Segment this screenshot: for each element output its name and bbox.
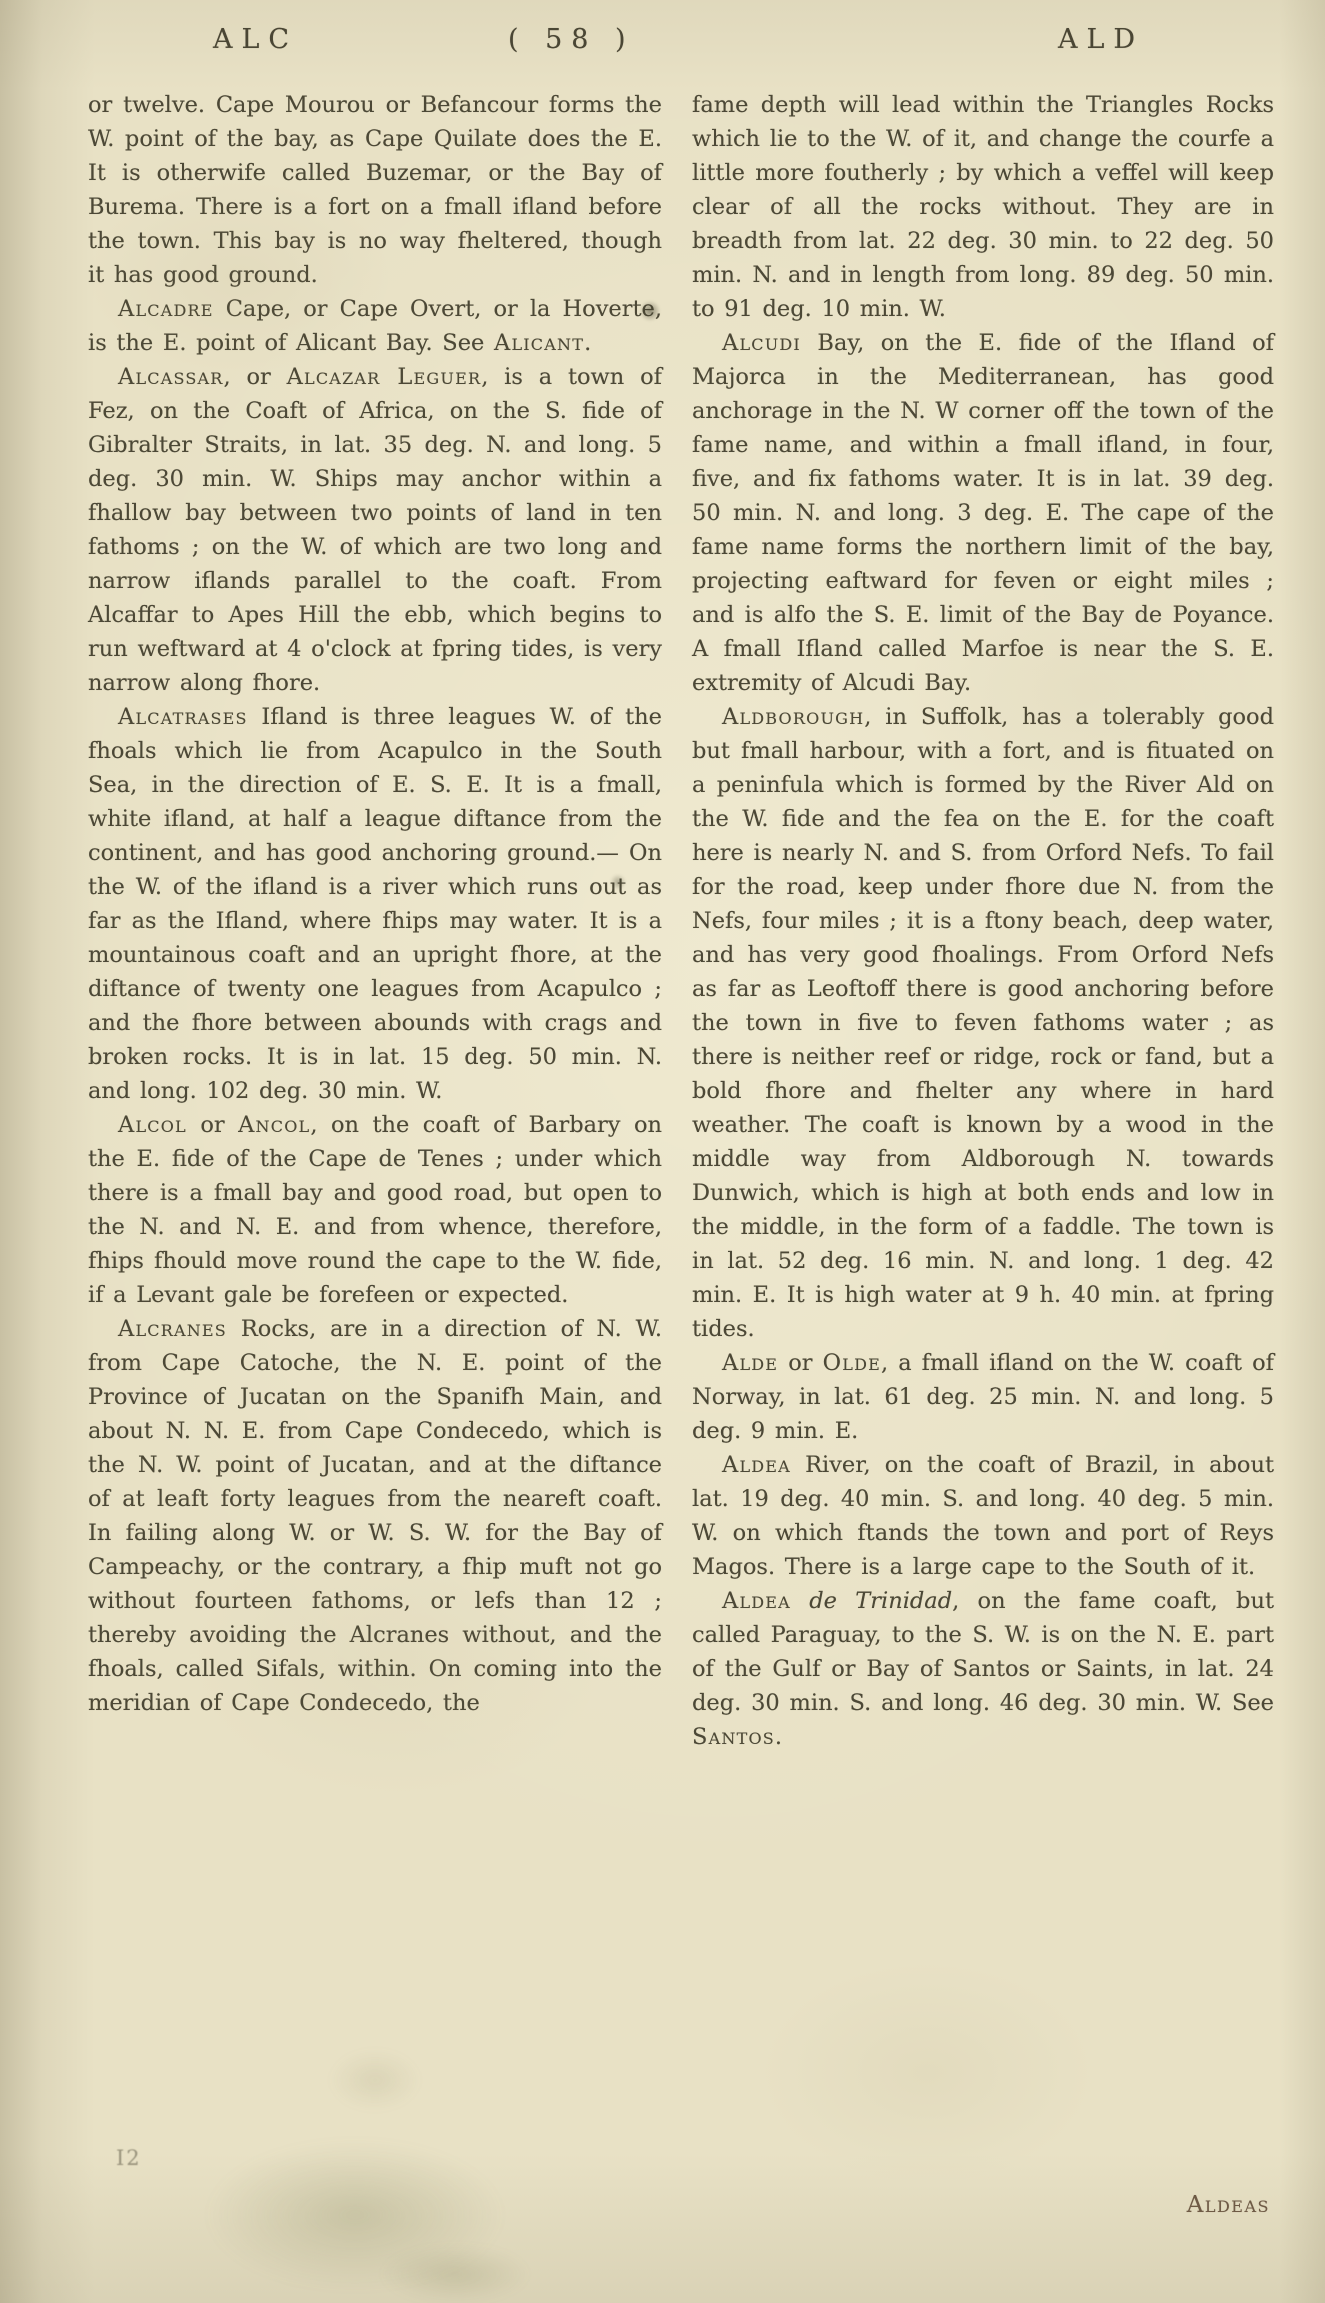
entry-headword: Alicant — [494, 330, 584, 356]
entry-text: fame depth will lead within the Triangle… — [692, 92, 1274, 322]
entry-headword: Alde — [722, 1350, 778, 1376]
entry-text — [791, 1588, 809, 1614]
entry-text: , on the coaft of Barbary on the E. fide… — [88, 1112, 662, 1308]
entry-paragraph: Alcol or Ancol, on the coaft of Barbary … — [88, 1108, 662, 1312]
entry-text: Ifland is three leagues W. of the fhoals… — [88, 704, 662, 1104]
entry-headword: Olde — [823, 1350, 881, 1376]
stain-smudge — [205, 2140, 505, 2290]
entry-headword: Alcatrases — [118, 704, 248, 730]
entry-text: , in Suffolk, has a tolerably good but f… — [692, 704, 1274, 1342]
stain-smudge — [330, 2050, 420, 2110]
text-column-left: or twelve. Cape Mourou or Befancour form… — [88, 88, 662, 1720]
text-column-right: fame depth will lead within the Triangle… — [692, 88, 1274, 1754]
entry-paragraph: or twelve. Cape Mourou or Befancour form… — [88, 88, 662, 292]
entry-headword: Aldborough — [722, 704, 864, 730]
stain-smudge — [380, 2245, 530, 2303]
entry-text: or — [778, 1350, 822, 1376]
page-number: ( 58 ) — [508, 24, 635, 55]
entry-paragraph: Alcassar, or Alcazar Leguer, is a town o… — [88, 360, 662, 700]
entry-text: or — [187, 1112, 238, 1138]
entry-text: Rocks, are in a direction of N. W. from … — [88, 1316, 662, 1716]
running-title-right: ALD — [1058, 24, 1144, 55]
entry-headword: Alcol — [118, 1112, 187, 1138]
entry-headword: Aldea — [722, 1588, 791, 1614]
entry-text: , is a town of Fez, on the Coaft of Afri… — [88, 364, 662, 696]
entry-headword: Alcranes — [118, 1316, 227, 1342]
entry-paragraph: Aldea River, on the coaft of Brazil, in … — [692, 1448, 1274, 1584]
entry-paragraph: Alcadre Cape, or Cape Overt, or la Hover… — [88, 292, 662, 360]
entry-text: . — [775, 1724, 782, 1750]
entry-headword: Aldea — [722, 1452, 791, 1478]
entry-headword: Alcazar Leguer — [287, 364, 482, 390]
book-page-scan: ALC ( 58 ) ALD or twelve. Cape Mourou or… — [0, 0, 1325, 2303]
entry-paragraph: Aldborough, in Suffolk, has a tolerably … — [692, 700, 1274, 1346]
entry-text: . — [584, 330, 591, 356]
entry-text: or twelve. Cape Mourou or Befancour form… — [88, 92, 662, 288]
entry-paragraph: Alcranes Rocks, are in a direction of N.… — [88, 1312, 662, 1720]
entry-paragraph: Alde or Olde, a fmall ifland on the W. c… — [692, 1346, 1274, 1448]
entry-text: de Trinidad — [809, 1588, 952, 1614]
entry-paragraph: Aldea de Trinidad, on the fame coaft, bu… — [692, 1584, 1274, 1754]
entry-headword: Alcudi — [722, 330, 801, 356]
entry-text: , or — [224, 364, 287, 390]
entry-paragraph: Alcatrases Ifland is three leagues W. of… — [88, 700, 662, 1108]
entry-headword: Ancol — [238, 1112, 310, 1138]
entry-headword: Alcadre — [118, 296, 214, 322]
entry-paragraph: Alcudi Bay, on the E. fide of the Ifland… — [692, 326, 1274, 700]
entry-text: Bay, on the E. fide of the Ifland of Maj… — [692, 330, 1274, 696]
entry-headword: Santos — [692, 1724, 775, 1750]
entry-paragraph: fame depth will lead within the Triangle… — [692, 88, 1274, 326]
running-title-left: ALC — [213, 24, 298, 55]
entry-headword: Alcassar — [118, 364, 224, 390]
signature-mark: I2 — [116, 2146, 142, 2170]
catchword: Aldeas — [692, 2192, 1270, 2218]
